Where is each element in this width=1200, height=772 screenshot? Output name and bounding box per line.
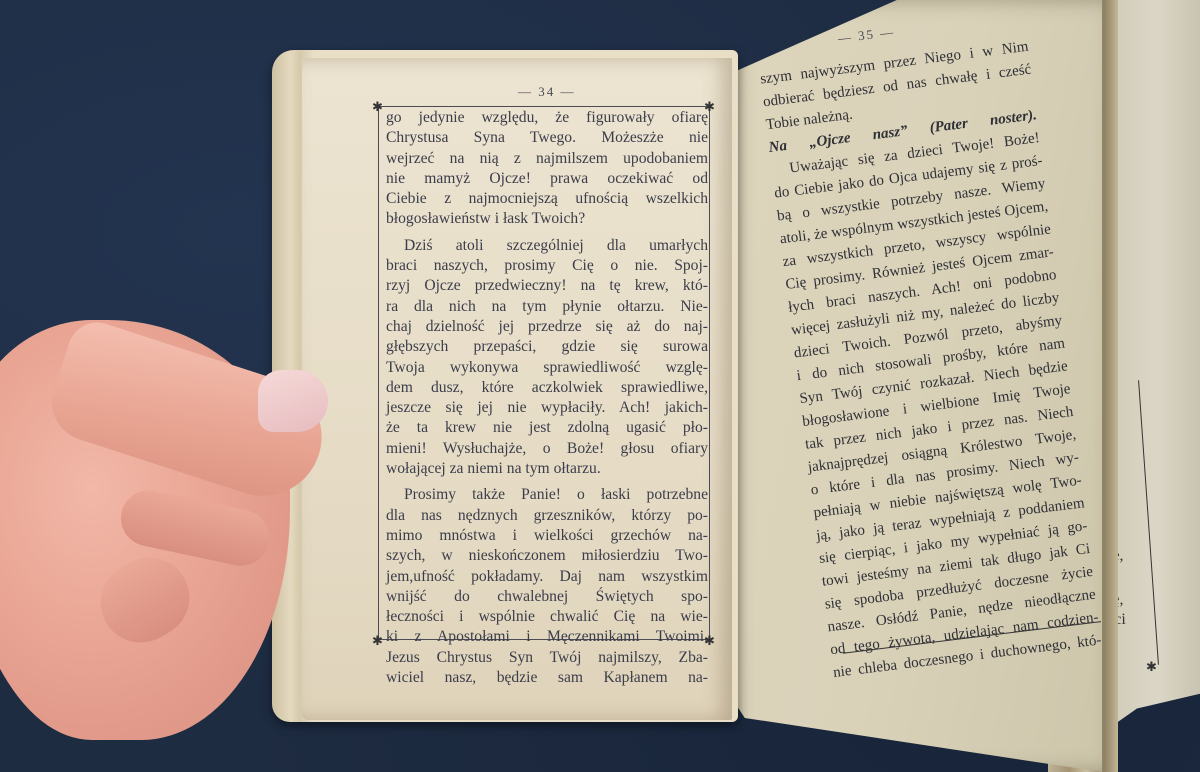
thumbnail [258, 370, 328, 432]
text-line: Prosimy także Panie! o łaski potrzebne [386, 485, 708, 505]
text-line: wnijść do chwalebnej Świętych spo- [386, 587, 708, 607]
page-number-34: — 34 — [518, 84, 576, 100]
text-line: nie mamyż Ojcze! prawa oczekiwać od [386, 169, 708, 189]
corner-ornament-icon: ✱ [372, 634, 383, 647]
text-line: głębszych przepaści, gdzie się surowa [386, 337, 708, 357]
text-line: ra dla nich na tym płynie ołtarzu. Nie- [386, 297, 708, 317]
text-line: Ciebie z najmocniejszą ufnością wszelkic… [386, 189, 708, 209]
text-line: że ta krew nie jest zdolną ugasić pło- [386, 418, 708, 438]
text-line: chaj dzielność jej przedrze się aż do na… [386, 317, 708, 337]
text-line: Chrystusa Syna Twego. Możeszże nie [386, 128, 708, 148]
text-line: mieni! Wysłuchajże, o Boże! głosu ofiary [386, 439, 708, 459]
text-line: jeszcze się jej nie wypłaciły. Ach! jaki… [386, 398, 708, 418]
text-line: błogosławieństw i łask Twoich? [386, 209, 708, 229]
text-line: mimo mnóstwa i wielkości grzechów na- [386, 526, 708, 546]
text-line: braci naszych, prosimy Cię o nie. Spoj- [386, 256, 708, 276]
text-line: wołającej za niemi na tym ołtarzu. [386, 459, 708, 479]
text-line: ki z Apostołami i Męczennikami Twoimi. [386, 627, 708, 647]
text-line: szych, w nieskończonem miłosierdziu Two- [386, 546, 708, 566]
text-line: rzyj Ojcze przedwieczny! na tę krew, któ… [386, 276, 708, 296]
photo-scene: y- ej, nie, rzę, ości ✱ — 35 — szym najw… [0, 0, 1200, 772]
page-number-35: — 35 — [837, 24, 896, 47]
text-line: wejrzeć na nią z najmilszem upodobaniem [386, 149, 708, 169]
text-line: Jezus Chrystus Syn Twój najmilszy, Zba- [386, 648, 708, 668]
corner-ornament-icon: ✱ [1146, 660, 1157, 673]
text-line: wiciel nasz, będzie sam Kapłanem na- [386, 668, 708, 688]
text-line: dem dusz, które aczkolwiek sprawiedliwe, [386, 378, 708, 398]
text-line: dla nas nędznych grzeszników, którzy po- [386, 506, 708, 526]
corner-ornament-icon: ✱ [372, 100, 383, 113]
text-line: go jedynie względu, że figurowały ofiarę [386, 108, 708, 128]
left-page-text: go jedynie względu, że figurowały ofiarę… [386, 108, 708, 688]
text-line: Twoja wykonywa sprawiedliwość wzglę- [386, 358, 708, 378]
text-line: Dziś atoli szczególniej dla umarłych [386, 236, 708, 256]
text-line: łeczności i wspólnie chwalić Cię na wie- [386, 607, 708, 627]
left-page: — 34 — ✱ ✱ ✱ ✱ go jedynie względu, że fi… [302, 58, 732, 720]
text-line: jem,ufność pokładamy. Daj nam wszystkim [386, 567, 708, 587]
